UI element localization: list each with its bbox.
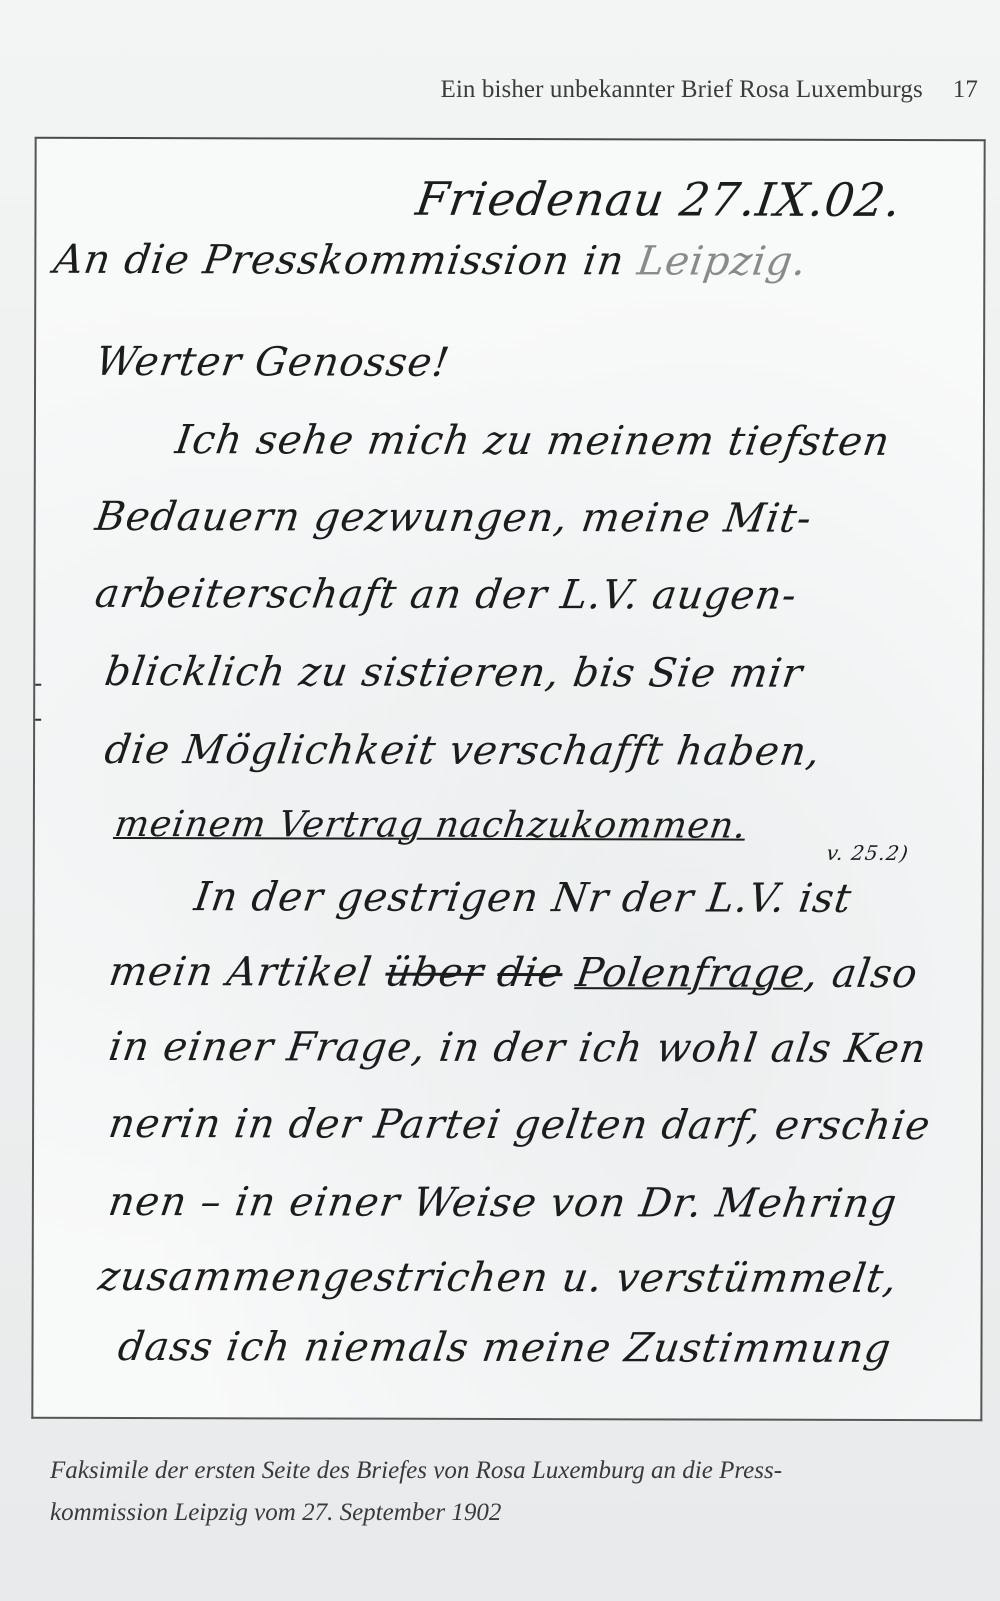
letter-date: Friedenau 27.IX.02. <box>413 172 905 227</box>
letter-word: , also <box>802 951 921 997</box>
margin-note: v. 25.2) <box>825 841 910 865</box>
letter-line: die Möglichkeit verschafft haben, <box>102 727 824 775</box>
address-place: Leipzig. <box>635 238 810 284</box>
letter-line: blicklich zu sistieren, bis Sie mir <box>102 649 806 697</box>
letter-line: mein Artikel über die Polenfrage, also <box>106 949 921 997</box>
book-page: Ein bisher unbekannter Brief Rosa Luxemb… <box>0 0 1000 1601</box>
letter-facsimile: Friedenau 27.IX.02. An die Presskommissi… <box>31 137 985 1421</box>
letter-line: Ich sehe mich zu meinem tiefsten <box>173 417 894 465</box>
letter-line: Bedauern gezwungen, meine Mit- <box>92 494 815 542</box>
letter-address: An die Presskommission in Leipzig. <box>51 237 810 285</box>
underlined-word: Polenfrage <box>573 950 808 997</box>
facsimile-paper <box>33 139 983 1419</box>
letter-word: mein Artikel <box>106 949 375 996</box>
letter-line: meinem Vertrag nachzukommen. <box>112 804 750 847</box>
address-recipient: An die Presskommission in <box>51 237 627 284</box>
letter-line: zusammengestrichen u. verstümmelt, <box>95 1254 900 1302</box>
margin-tick <box>35 684 41 686</box>
page-number: 17 <box>953 76 978 104</box>
letter-line: in einer Frage, in der ich wohl als Ken <box>106 1024 930 1072</box>
letter-salutation: Werter Genosse! <box>93 339 453 386</box>
caption-line: kommission Leipzig vom 27. September 190… <box>50 1492 960 1534</box>
margin-tick <box>35 719 41 721</box>
letter-line: dass ich niemals meine Zustimmung <box>115 1324 894 1372</box>
struck-word: die <box>494 950 566 996</box>
running-header: Ein bisher unbekannter Brief Rosa Luxemb… <box>368 70 978 110</box>
running-header-title: Ein bisher unbekannter Brief Rosa Luxemb… <box>440 76 922 104</box>
letter-line: In der gestrigen Nr der L.V. ist <box>191 874 854 922</box>
struck-word: über <box>382 950 487 996</box>
figure-caption: Faksimile der ersten Seite des Briefes v… <box>50 1450 960 1534</box>
caption-line: Faksimile der ersten Seite des Briefes v… <box>50 1450 960 1492</box>
letter-line: nen – in einer Weise von Dr. Mehring <box>106 1179 901 1227</box>
letter-line: nerin in der Partei gelten darf, erschie <box>106 1101 934 1149</box>
letter-line: arbeiterschaft an der L.V. augen- <box>92 571 800 619</box>
